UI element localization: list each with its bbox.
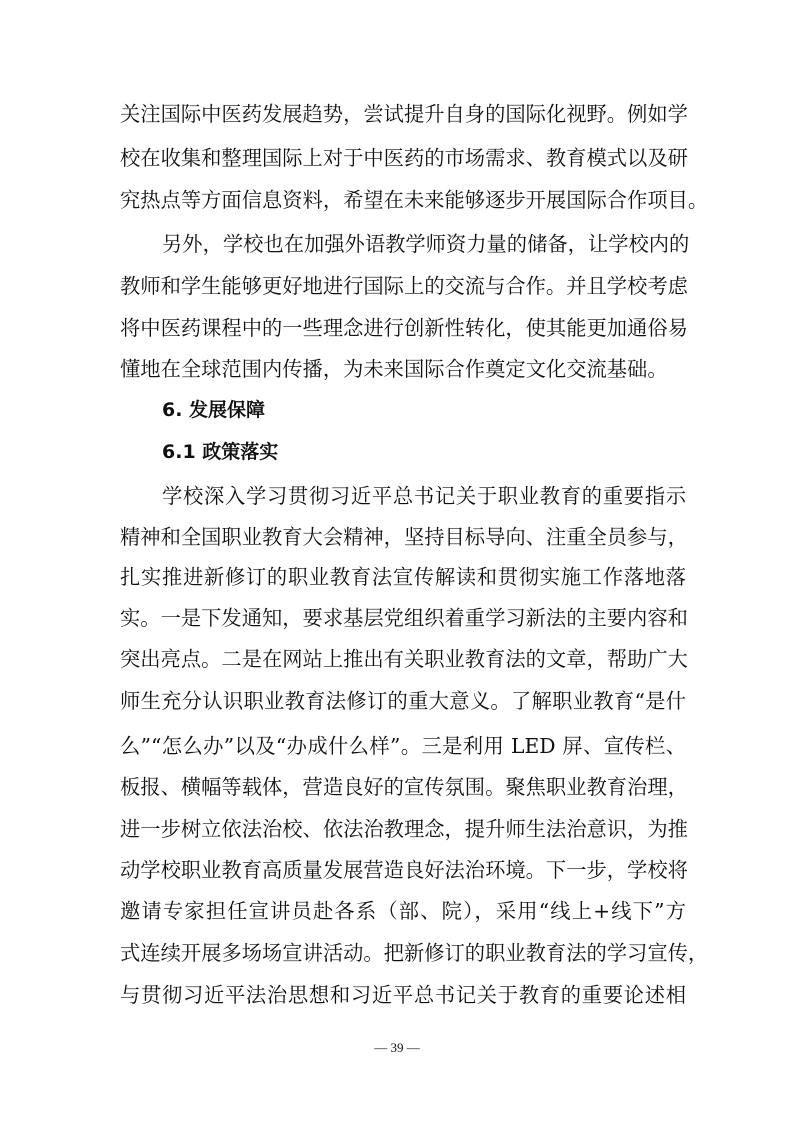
text-line: 动学校职业教育高质量发展营造良好法治环境。下一步，学校将	[120, 851, 686, 890]
text-line: 究热点等方面信息资料，希望在未来能够逐步开展国际合作项目。	[120, 181, 686, 220]
text-line: 另外，学校也在加强外语教学师资力量的储备，让学校内的	[162, 225, 686, 264]
text-line: 式连续开展多场场宣讲活动。把新修订的职业教育法的学习宣传，	[120, 934, 686, 973]
text-line: 实。一是下发通知，要求基层党组织着重学习新法的主要内容和	[120, 599, 686, 638]
text-line: 突出亮点。二是在网站上推出有关职业教育法的文章，帮助广大	[120, 640, 686, 679]
section-heading: 6. 发展保障	[162, 395, 265, 425]
text-line: 校在收集和整理国际上对于中医药的市场需求、教育模式以及研	[120, 139, 686, 178]
text-line: 懂地在全球范围内传播，为未来国际合作奠定文化交流基础。	[120, 350, 686, 389]
text-line: 将中医药课程中的一些理念进行创新性转化，使其能更加通俗易	[120, 309, 686, 348]
text-line: 邀请专家担任宣讲员赴各系（部、院），采用“线上+线下”方	[120, 892, 686, 931]
text-line: 关注国际中医药发展趋势，尝试提升自身的国际化视野。例如学	[120, 95, 686, 134]
text-line: 教师和学生能够更好地进行国际上的交流与合作。并且学校考虑	[120, 267, 686, 306]
text-line: 板报、横幅等载体，营造良好的宣传氛围。聚焦职业教育治理，	[120, 768, 686, 807]
text-line: 进一步树立依法治校、依法治教理念，提升师生法治意识，为推	[120, 810, 686, 849]
text-line: 师生充分认识职业教育法修订的重大意义。了解职业教育“是什	[120, 682, 686, 721]
text-line: 与贯彻习近平法治思想和习近平总书记关于教育的重要论述相	[120, 976, 686, 1015]
text-line: 扎实推进新修订的职业教育法宣传解读和贯彻实施工作落地落	[120, 558, 686, 597]
page-number: — 39 —	[0, 1040, 794, 1056]
text-line: 学校深入学习贯彻习近平总书记关于职业教育的重要指示	[162, 477, 686, 516]
text-line: 精神和全国职业教育大会精神，坚持目标导向、注重全员参与，	[120, 518, 686, 557]
subsection-heading: 6.1 政策落实	[162, 437, 278, 467]
text-line: 么”“怎么办”以及“办成什么样”。三是利用 LED 屏、宣传栏、	[120, 727, 686, 766]
